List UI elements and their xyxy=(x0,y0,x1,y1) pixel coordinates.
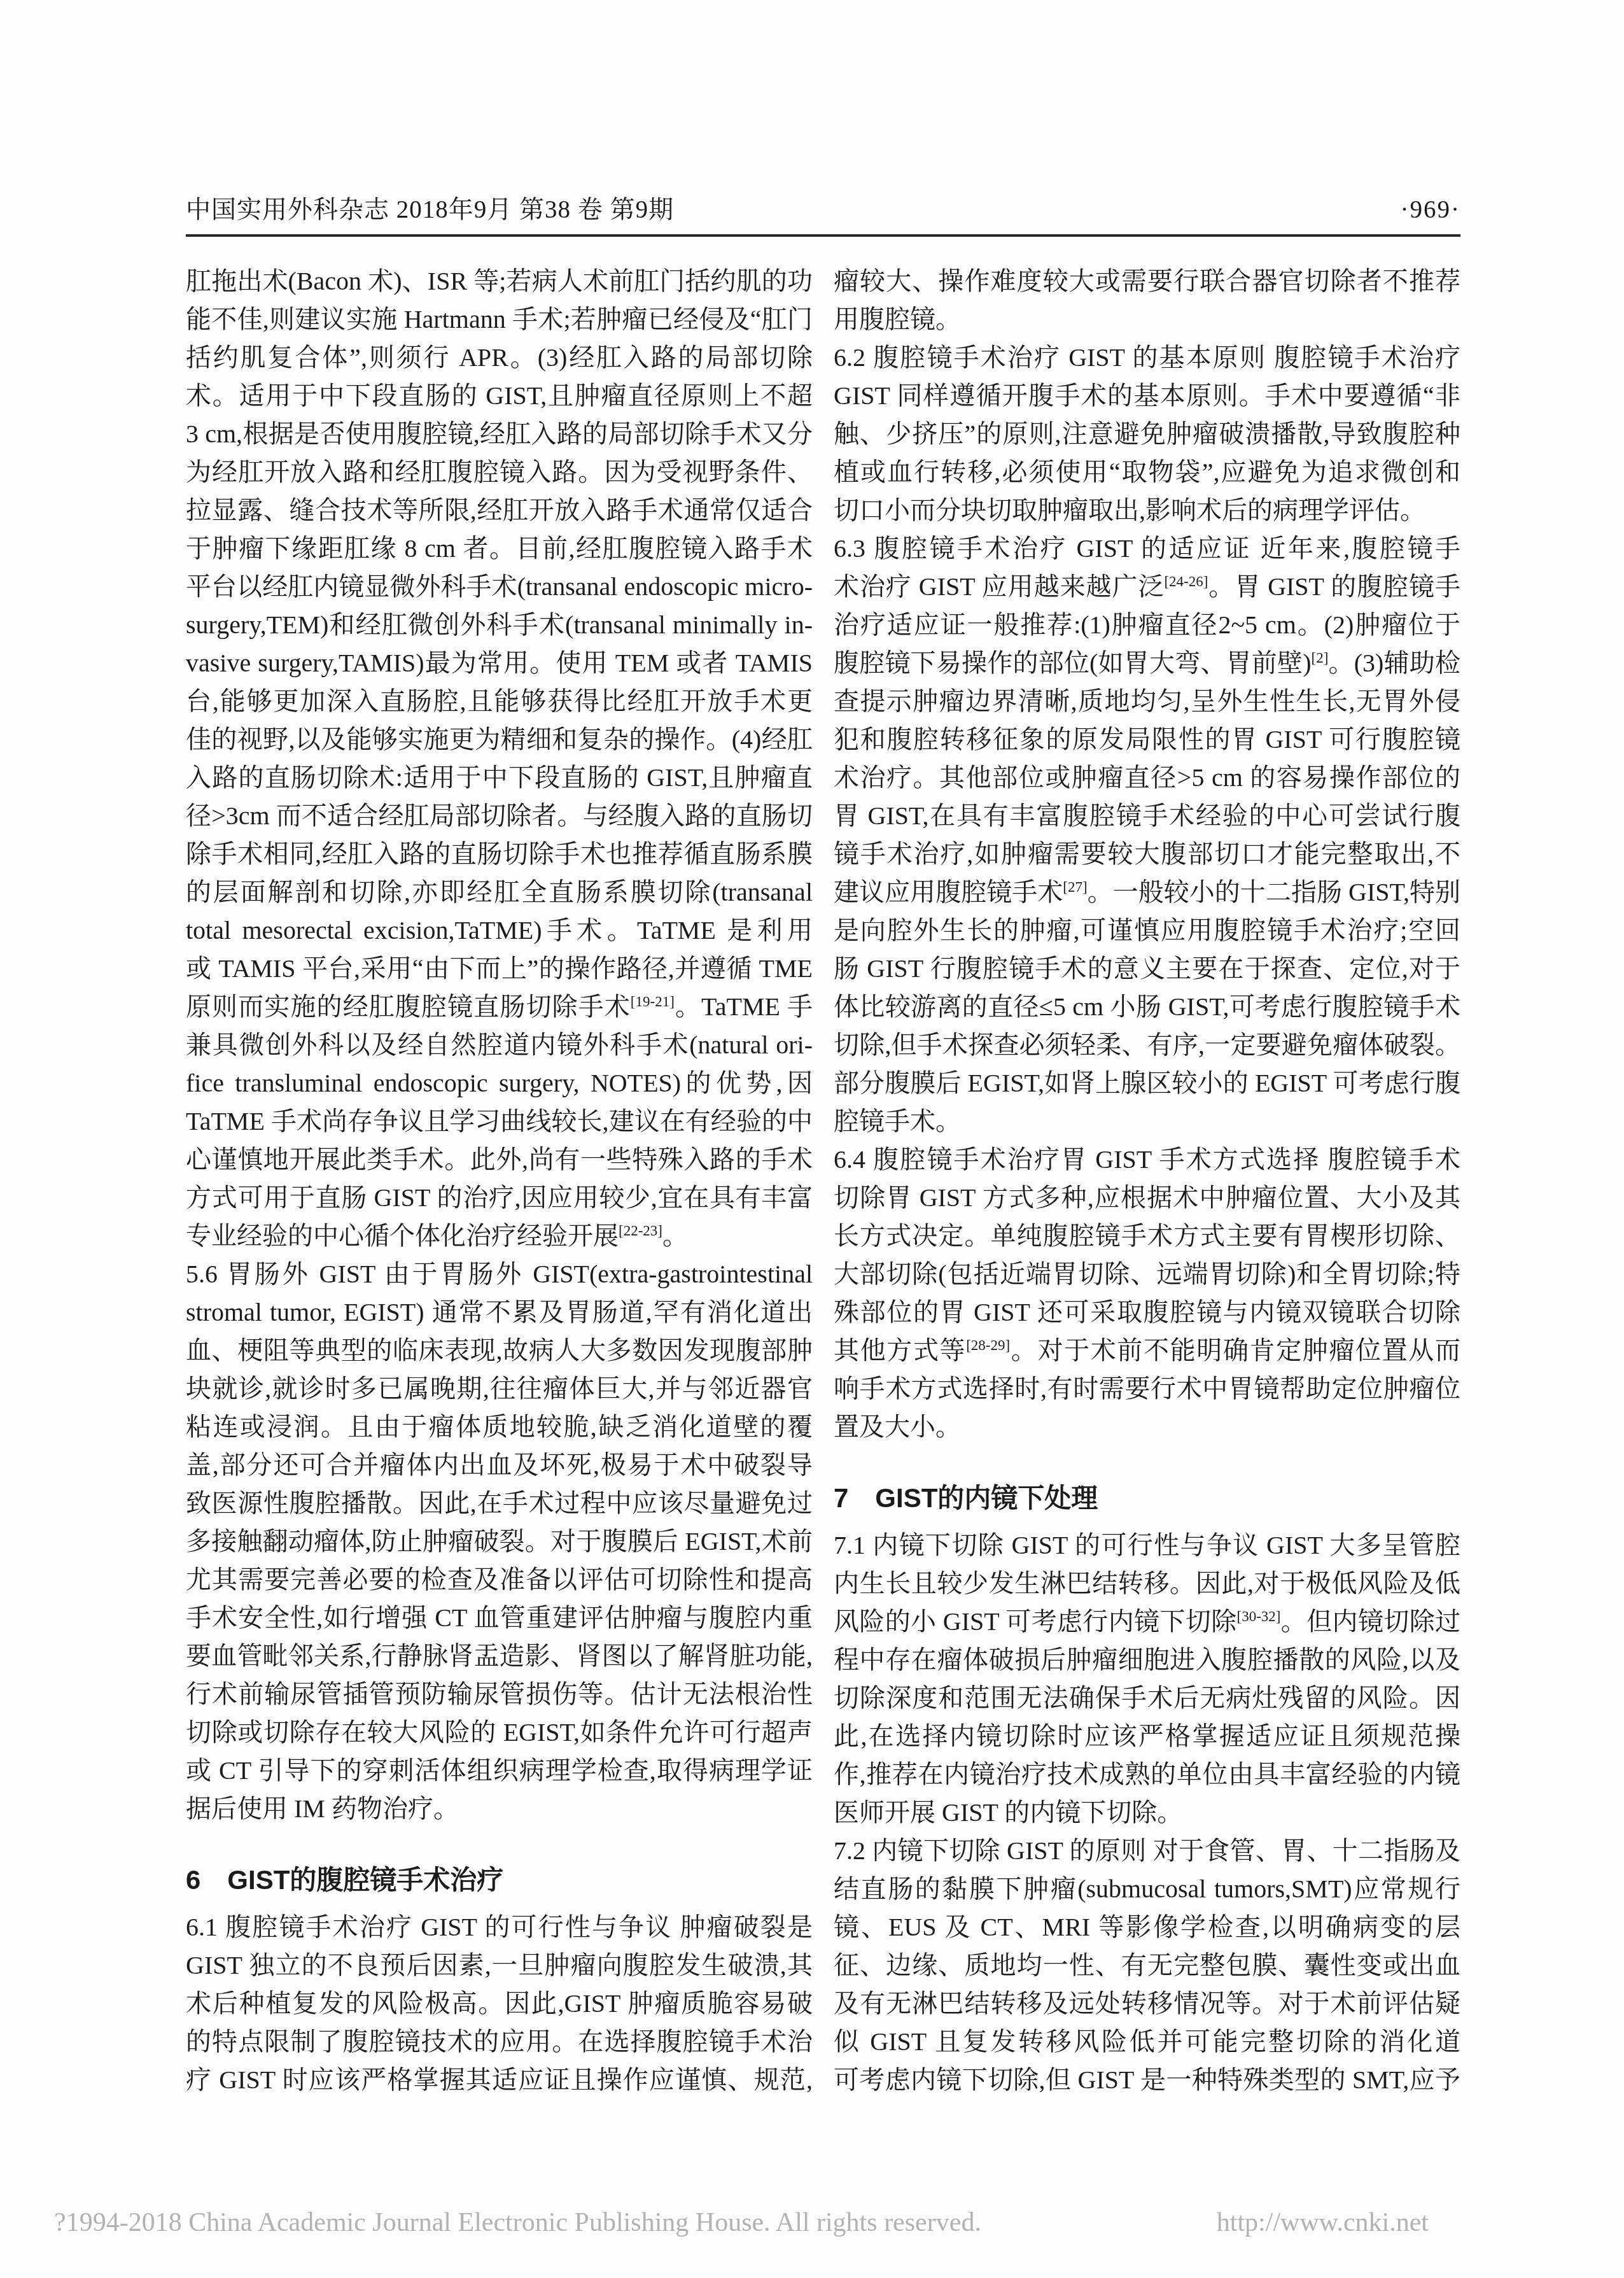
section-heading: 6 GIST的腹腔镜手术治疗 xyxy=(186,1861,813,1899)
paragraph-block: 6.2 腹腔镜手术治疗 GIST 的基本原则 腹腔镜手术治疗GIST 同样遵循开… xyxy=(834,339,1460,530)
paragraph-block: 7.2 内镜下切除 GIST 的原则 对于食管、胃、十二指肠及结直肠的黏膜下肿瘤… xyxy=(834,1832,1460,2099)
text-line: 胃 GIST,在具有丰富腹腔镜手术经验的中心可尝试行腹腔 xyxy=(834,797,1460,835)
text-line: 块就诊,就诊时多已属晚期,往往瘤体巨大,并与邻近器官 xyxy=(186,1370,813,1408)
text-line: 治疗适应证一般推荐:(1)肿瘤直径2~5 cm。(2)肿瘤位于 xyxy=(834,606,1460,644)
text-line: 肛拖出术(Bacon 术)、ISR 等;若病人术前肛门括约肌的功 xyxy=(186,262,813,300)
text-line: 是向腔外生长的肿瘤,可谨慎应用腹腔镜手术治疗;空回 xyxy=(834,911,1460,950)
text-line: 征、边缘、质地均一性、有无完整包膜、囊性变或出血坏死 xyxy=(834,1946,1460,1985)
heading-text: 7 GIST的内镜下处理 xyxy=(834,1479,1460,1517)
text-line: 手术安全性,如行增强 CT 血管重建评估肿瘤与腹腔内重 xyxy=(186,1599,813,1637)
text-line: 触、少挤压”的原则,注意避免肿瘤破溃播散,导致腹腔种 xyxy=(834,415,1460,453)
text-line: 于肿瘤下缘距肛缘 8 cm 者。目前,经肛腹腔镜入路手术的 xyxy=(186,530,813,568)
text-line: 为经肛开放入路和经肛腹腔镜入路。因为受视野条件、牵 xyxy=(186,453,813,491)
text-line: 心谨慎地开展此类手术。此外,尚有一些特殊入路的手术 xyxy=(186,1141,813,1179)
text-line: vasive surgery,TAMIS)最为常用。使用 TEM 或者 TAMI… xyxy=(186,644,813,682)
page-footer: ?1994-2018 China Academic Journal Electr… xyxy=(54,2206,1429,2239)
text-line: 医师开展 GIST 的内镜下切除。 xyxy=(834,1794,1460,1832)
text-line: 结直肠的黏膜下肿瘤(submucosal tumors,SMT)应常规行内 xyxy=(834,1870,1460,1908)
paragraph-block: 6.3 腹腔镜手术治疗 GIST 的适应证 近年来,腹腔镜手术治疗 GIST 应… xyxy=(834,530,1460,1141)
text-line: 瘤较大、操作难度较大或需要行联合器官切除者不推荐使 xyxy=(834,262,1460,300)
text-line: 的层面解剖和切除,亦即经肛全直肠系膜切除(transanal xyxy=(186,873,813,911)
text-line: 此,在选择内镜切除时应该严格掌握适应证且须规范操 xyxy=(834,1717,1460,1755)
journal-issue-line: 中国实用外科杂志 2018年9月 第38 卷 第9期 xyxy=(186,195,674,225)
text-line: 6.1 腹腔镜手术治疗 GIST 的可行性与争议 肿瘤破裂是 xyxy=(186,1908,813,1946)
text-line: 镜手术治疗,如肿瘤需要较大腹部切口才能完整取出,不 xyxy=(834,835,1460,873)
left-column: 肛拖出术(Bacon 术)、ISR 等;若病人术前肛门括约肌的功能不佳,则建议实… xyxy=(186,262,813,2099)
text-line: 尤其需要完善必要的检查及准备以评估可切除性和提高 xyxy=(186,1561,813,1599)
text-line: total mesorectal excision,TaTME)手术。TaTME… xyxy=(186,911,813,950)
text-line: 部分腹膜后 EGIST,如肾上腺区较小的 EGIST 可考虑行腹 xyxy=(834,1064,1460,1102)
text-line: 置及大小。 xyxy=(834,1408,1460,1446)
text-line: 7.1 内镜下切除 GIST 的可行性与争议 GIST 大多呈管腔 xyxy=(834,1526,1460,1564)
paragraph-block: 5.6 胃肠外 GIST 由于胃肠外 GIST(extra-gastrointe… xyxy=(186,1255,813,1828)
text-line: 多接触翻动瘤体,防止肿瘤破裂。对于腹膜后 EGIST,术前 xyxy=(186,1522,813,1561)
text-line: 6.3 腹腔镜手术治疗 GIST 的适应证 近年来,腹腔镜手 xyxy=(834,530,1460,568)
text-line: 能不佳,则建议实施 Hartmann 手术;若肿瘤已经侵及“肛门 xyxy=(186,300,813,339)
text-line: 台,能够更加深入直肠腔,且能够获得比经肛开放手术更 xyxy=(186,682,813,721)
text-line: 原则而实施的经肛腹腔镜直肠切除手术[19-21]。TaTME 手术 xyxy=(186,988,813,1026)
text-line: 建议应用腹腔镜手术[27]。一般较小的十二指肠 GIST,特别 xyxy=(834,873,1460,911)
text-line: 其他方式等[28-29]。对于术前不能明确肯定肿瘤位置从而影 xyxy=(834,1332,1460,1370)
text-line: stromal tumor, EGIST) 通常不累及胃肠道,罕有消化道出 xyxy=(186,1293,813,1332)
text-line: GIST 独立的不良预后因素,一旦肿瘤向腹腔发生破溃,其 xyxy=(186,1946,813,1985)
text-line: 6.4 腹腔镜手术治疗胃 GIST 手术方式选择 腹腔镜手术 xyxy=(834,1141,1460,1179)
text-line: 术。适用于中下段直肠的 GIST,且肿瘤直径原则上不超过 xyxy=(186,377,813,415)
text-line: 平台以经肛内镜显微外科手术(transanal endoscopic micro… xyxy=(186,568,813,606)
text-line: fice transluminal endoscopic surgery, NO… xyxy=(186,1064,813,1102)
text-line: 血、梗阻等典型的临床表现,故病人大多数因发现腹部肿 xyxy=(186,1332,813,1370)
text-line: 可考虑内镜下切除,但 GIST 是一种特殊类型的 SMT,应予 xyxy=(834,2061,1460,2099)
text-line: 据后使用 IM 药物治疗。 xyxy=(186,1790,813,1828)
text-line: 术后种植复发的风险极高。因此,GIST 肿瘤质脆容易破溃 xyxy=(186,1985,813,2023)
page-number: ·969· xyxy=(1401,195,1460,225)
text-line: 兼具微创外科以及经自然腔道内镜外科手术(natural ori- xyxy=(186,1026,813,1064)
cnki-url: http://www.cnki.net xyxy=(1217,2206,1429,2239)
text-line: 拉显露、缝合技术等所限,经肛开放入路手术通常仅适合 xyxy=(186,491,813,530)
paragraph-block: 7.1 内镜下切除 GIST 的可行性与争议 GIST 大多呈管腔内生长且较少发… xyxy=(834,1526,1460,1832)
text-line: 查提示肿瘤边界清晰,质地均匀,呈外生性生长,无胃外侵 xyxy=(834,682,1460,721)
text-line: 植或血行转移,必须使用“取物袋”,应避免为追求微创和 xyxy=(834,453,1460,491)
paragraph-block: 6.4 腹腔镜手术治疗胃 GIST 手术方式选择 腹腔镜手术切除胃 GIST 方… xyxy=(834,1141,1460,1446)
copyright-notice: ?1994-2018 China Academic Journal Electr… xyxy=(54,2206,981,2239)
right-column: 瘤较大、操作难度较大或需要行联合器官切除者不推荐使用腹腔镜。6.2 腹腔镜手术治… xyxy=(834,262,1460,2099)
text-line: 的特点限制了腹腔镜技术的应用。在选择腹腔镜手术治 xyxy=(186,2023,813,2061)
text-line: 似 GIST 且复发转移风险低并可能完整切除的消化道 SMT xyxy=(834,2023,1460,2061)
paragraph-block: 肛拖出术(Bacon 术)、ISR 等;若病人术前肛门括约肌的功能不佳,则建议实… xyxy=(186,262,813,1255)
text-line: 切口小而分块切取肿瘤取出,影响术后的病理学评估。 xyxy=(834,491,1460,530)
journal-page: 中国实用外科杂志 2018年9月 第38 卷 第9期 ·969· 肛拖出术(Ba… xyxy=(0,0,1624,2278)
text-line: 或 CT 引导下的穿刺活体组织病理学检查,取得病理学证 xyxy=(186,1752,813,1790)
text-line: 镜、EUS 及 CT、MRI 等影像学检查,以明确病变的层次、特 xyxy=(834,1908,1460,1946)
text-line: GIST 同样遵循开腹手术的基本原则。手术中要遵循“非接 xyxy=(834,377,1460,415)
text-line: 切除或切除存在较大风险的 EGIST,如条件允许可行超声 xyxy=(186,1713,813,1752)
text-line: 5.6 胃肠外 GIST 由于胃肠外 GIST(extra-gastrointe… xyxy=(186,1255,813,1293)
text-line: 入路的直肠切除术:适用于中下段直肠的 GIST,且肿瘤直 xyxy=(186,759,813,797)
text-line: 要血管毗邻关系,行静脉肾盂造影、肾图以了解肾脏功能, xyxy=(186,1637,813,1675)
paragraph-block: 瘤较大、操作难度较大或需要行联合器官切除者不推荐使用腹腔镜。 xyxy=(834,262,1460,339)
text-line: 腹腔镜下易操作的部位(如胃大弯、胃前壁)[2]。(3)辅助检 xyxy=(834,644,1460,682)
text-line: 肠 GIST 行腹腔镜手术的意义主要在于探查、定位,对于瘤 xyxy=(834,950,1460,988)
text-line: 术治疗 GIST 应用越来越广泛[24-26]。胃 GIST 的腹腔镜手术 xyxy=(834,568,1460,606)
text-line: 大部切除(包括近端胃切除、远端胃切除)和全胃切除;特 xyxy=(834,1255,1460,1293)
text-line: 或 TAMIS 平台,采用“由下而上”的操作路径,并遵循 TME xyxy=(186,950,813,988)
text-line: 体比较游离的直径≤5 cm 小肠 GIST,可考虑行腹腔镜手术 xyxy=(834,988,1460,1026)
text-line: 长方式决定。单纯腹腔镜手术方式主要有胃楔形切除、胃 xyxy=(834,1217,1460,1255)
text-line: 内生长且较少发生淋巴结转移。因此,对于极低风险及低 xyxy=(834,1564,1460,1603)
text-line: 切除深度和范围无法确保手术后无病灶残留的风险。因 xyxy=(834,1679,1460,1717)
text-line: 响手术方式选择时,有时需要行术中胃镜帮助定位肿瘤位 xyxy=(834,1370,1460,1408)
text-line: 佳的视野,以及能够实施更为精细和复杂的操作。(4)经肛 xyxy=(186,721,813,759)
page-header: 中国实用外科杂志 2018年9月 第38 卷 第9期 ·969· xyxy=(186,195,1460,237)
text-line: 切除胃 GIST 方式多种,应根据术中肿瘤位置、大小及其生 xyxy=(834,1179,1460,1217)
heading-text: 6 GIST的腹腔镜手术治疗 xyxy=(186,1861,813,1899)
text-line: 用腹腔镜。 xyxy=(834,300,1460,339)
text-line: 3 cm,根据是否使用腹腔镜,经肛入路的局部切除手术又分 xyxy=(186,415,813,453)
text-line: 括约肌复合体”,则须行 APR。(3)经肛入路的局部切除 xyxy=(186,339,813,377)
text-line: 7.2 内镜下切除 GIST 的原则 对于食管、胃、十二指肠及 xyxy=(834,1832,1460,1870)
text-line: 专业经验的中心循个体化治疗经验开展[22-23]。 xyxy=(186,1217,813,1255)
text-line: 行术前输尿管插管预防输尿管损伤等。估计无法根治性 xyxy=(186,1675,813,1713)
text-line: 风险的小 GIST 可考虑行内镜下切除[30-32]。但内镜切除过 xyxy=(834,1603,1460,1641)
text-line: 6.2 腹腔镜手术治疗 GIST 的基本原则 腹腔镜手术治疗 xyxy=(834,339,1460,377)
text-line: 盖,部分还可合并瘤体内出血及坏死,极易于术中破裂导 xyxy=(186,1446,813,1484)
text-line: 作,推荐在内镜治疗技术成熟的单位由具丰富经验的内镜 xyxy=(834,1755,1460,1794)
text-line: TaTME 手术尚存争议且学习曲线较长,建议在有经验的中 xyxy=(186,1102,813,1141)
section-heading: 7 GIST的内镜下处理 xyxy=(834,1479,1460,1517)
text-line: 及有无淋巴结转移及远处转移情况等。对于术前评估疑 xyxy=(834,1985,1460,2023)
text-line: 犯和腹腔转移征象的原发局限性的胃 GIST 可行腹腔镜手 xyxy=(834,721,1460,759)
text-line: 疗 GIST 时应该严格掌握其适应证且操作应谨慎、规范,肿 xyxy=(186,2061,813,2099)
text-line: 程中存在瘤体破损后肿瘤细胞进入腹腔播散的风险,以及 xyxy=(834,1641,1460,1679)
paragraph-block: 6.1 腹腔镜手术治疗 GIST 的可行性与争议 肿瘤破裂是GIST 独立的不良… xyxy=(186,1908,813,2099)
text-line: 方式可用于直肠 GIST 的治疗,因应用较少,宜在具有丰富 xyxy=(186,1179,813,1217)
text-line: 殊部位的胃 GIST 还可采取腹腔镜与内镜双镜联合切除或 xyxy=(834,1293,1460,1332)
text-line: 径>3cm 而不适合经肛局部切除者。与经腹入路的直肠切 xyxy=(186,797,813,835)
text-line: 术治疗。其他部位或肿瘤直径>5 cm 的容易操作部位的 xyxy=(834,759,1460,797)
text-line: 粘连或浸润。且由于瘤体质地较脆,缺乏消化道壁的覆 xyxy=(186,1408,813,1446)
text-line: 除手术相同,经肛入路的直肠切除手术也推荐循直肠系膜 xyxy=(186,835,813,873)
text-line: surgery,TEM)和经肛微创外科手术(transanal minimall… xyxy=(186,606,813,644)
article-body: 肛拖出术(Bacon 术)、ISR 等;若病人术前肛门括约肌的功能不佳,则建议实… xyxy=(186,262,1460,2099)
text-line: 腔镜手术。 xyxy=(834,1102,1460,1141)
text-line: 切除,但手术探查必须轻柔、有序,一定要避免瘤体破裂。 xyxy=(834,1026,1460,1064)
text-line: 致医源性腹腔播散。因此,在手术过程中应该尽量避免过 xyxy=(186,1484,813,1522)
